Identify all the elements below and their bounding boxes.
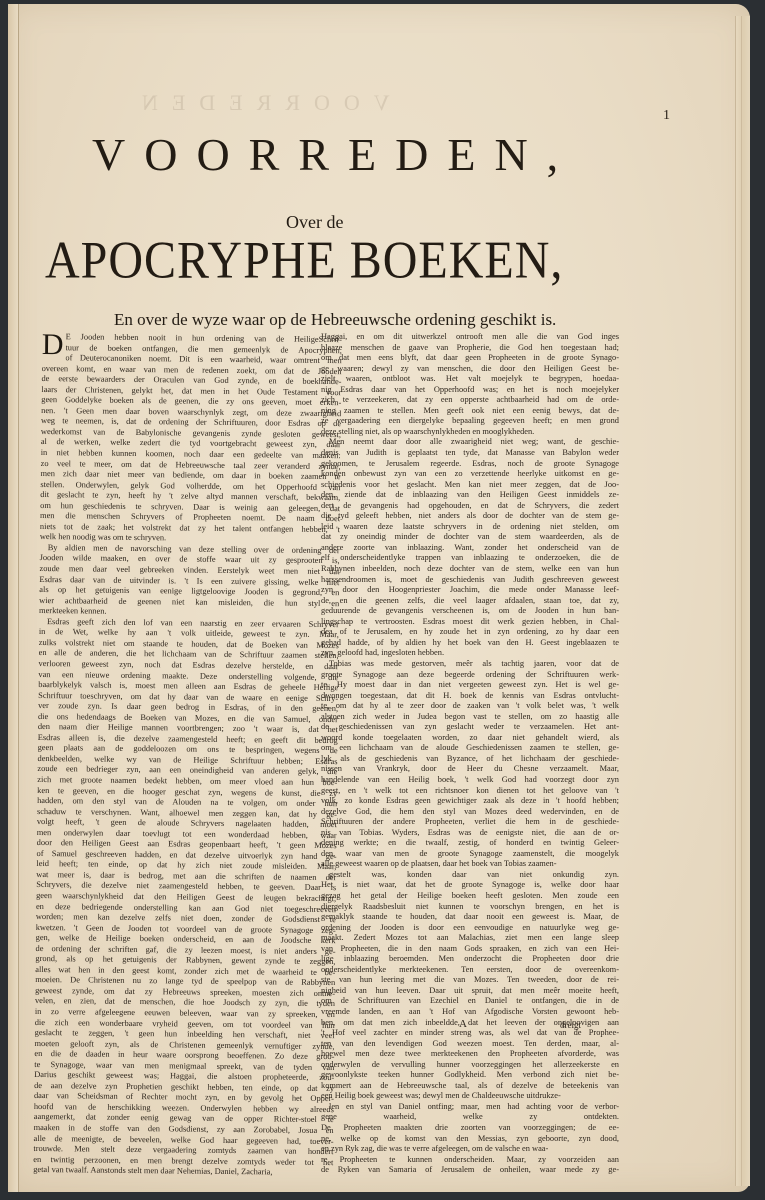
- text-line: nig Esdras daar van het Opperhoofd was; …: [321, 385, 619, 396]
- text-line: vreemde landen, en aan 't Hof van Afgodi…: [321, 1007, 619, 1018]
- page-edge: [735, 16, 750, 1186]
- text-line: Schriftuuren der andere Propheeten, verl…: [321, 817, 619, 828]
- text-line: alle geweest waaren op de plaatsen, daar…: [321, 859, 619, 870]
- text-line: gewoonlykste teeken hunner Godlykheid. M…: [321, 1070, 619, 1081]
- text-line: handelende van een Heilig boek, 't welk …: [321, 775, 619, 786]
- text-line: andere zoorte van inblaazing. Want, zond…: [321, 543, 619, 554]
- text-line: onderscheidentlyke merkteekenen. Ten eer…: [321, 965, 619, 976]
- right-text-column: Haggai, en om dit uitwerkzel ontrooft me…: [321, 332, 619, 1176]
- page-gutter: [8, 4, 19, 1192]
- text-line: Het is niet waar, dat het de groote Syna…: [321, 880, 619, 891]
- text-line: schiedenis voor het geslacht. Men kan ni…: [321, 480, 619, 491]
- text-line: gezag het getal der Heilige boeken heeft…: [321, 891, 619, 902]
- text-line: te, om dat hy al te zeer door de zaaken …: [321, 701, 619, 712]
- signature-mark: A: [459, 1018, 467, 1030]
- text-line: dwongen toegestaan, dat dit H. boek de k…: [321, 691, 619, 702]
- text-line: woord konde toegelaaten worden, zo daar …: [321, 733, 619, 744]
- text-line: te. Hy moest daar in dan niet vergeeten …: [321, 680, 619, 691]
- text-line: om de Schriftuuren van Ezechiel en Danie…: [321, 996, 619, 1007]
- text-line: lyk als de geschiedenis van Byzance, of …: [321, 754, 619, 765]
- text-line: ten van den levendigen God weezen moest.…: [321, 1039, 619, 1050]
- text-line: zyn, geloofd had, ingesloten hebben.: [321, 648, 619, 659]
- text-line: gestelt was, konden daar van niet onkund…: [321, 870, 619, 881]
- catchword: dreigt: [560, 1020, 581, 1030]
- text-line: ge waaren; dewyl zy van menschen, die do…: [321, 364, 619, 375]
- drop-cap: D: [42, 333, 64, 357]
- text-line: ning zaamen te stellen. Men geeft ook ni…: [321, 406, 619, 417]
- text-line: dening werkte; en die twaalf, zestig, of…: [321, 838, 619, 849]
- text-line: nigheid van hun leeven. Daar uit spruit,…: [321, 986, 619, 997]
- text-line: onderwylen de vervulling hunner voorzegg…: [321, 1060, 619, 1071]
- text-line: nissen van Vrankryk, door de Heer du Che…: [321, 764, 619, 775]
- text-line: dea of te Jerusalem, en hy zoude het in …: [321, 627, 619, 638]
- text-line: ze vergaadering een diergelyke bepaaling…: [321, 416, 619, 427]
- text-line: nis van Tobias. Wyders, Esdras was de ee…: [321, 828, 619, 839]
- text-line: gemaklyk staande te houden, dat daar noo…: [321, 912, 619, 923]
- text-line: lige inblaazing beroemden. Men onderzoch…: [321, 954, 619, 965]
- text-line: de geschiedenissen van zyn geslacht wede…: [321, 722, 619, 733]
- text-line: denis van Judith is geplaatst ten tyde, …: [321, 448, 619, 459]
- text-line: de Ryken van Samaria of Jerusalem de onh…: [321, 1165, 619, 1176]
- text-line: de, en die geenen zelfs, die veel laager…: [321, 596, 619, 607]
- text-line: kommert aan de Hebreeuwsche taal, als of…: [321, 1081, 619, 1092]
- text-line: elf onderscheidentlyke trappen van inbla…: [321, 553, 619, 564]
- subtitle: En over de wyze waar op de Hebreeuwsche …: [114, 310, 556, 330]
- title-subject: APOCRYPHE BOEKEN,: [45, 230, 563, 291]
- text-line: diergelyk Raadsbesluit niet kunnen te vo…: [321, 902, 619, 913]
- text-line: om dat men eens blyft, dat daar geen Pro…: [321, 353, 619, 364]
- text-line: De Propheeten maakten drie zoorten van v…: [321, 1123, 619, 1134]
- text-line: konden onbewust zyn van een zo verzetten…: [321, 469, 619, 480]
- text-line: en zyn Ryk zag, die was te verre afgelee…: [321, 1144, 619, 1155]
- text-line: geest, en 't welk tot een richtsnoer kon…: [321, 786, 619, 797]
- text-line: dezelve God, die hem den styl van Mozes …: [321, 807, 619, 818]
- text-line: groote Synagoge aan deze begeerde ordeni…: [321, 670, 619, 681]
- text-line: zyn door den Hoogenpriester Joachim, die…: [321, 585, 619, 596]
- text-line: harssendroomen is, moet de geschiedenis …: [321, 575, 619, 586]
- text-line: den, waar van men de groote Synagoge zaa…: [321, 849, 619, 860]
- text-line: blaaze menschen de gaave van Propherie, …: [321, 343, 619, 354]
- text-line: een Heilig boek geweest was; dewyl men d…: [321, 1091, 619, 1102]
- text-line: len en styl van Daniel ontfing; maar, me…: [321, 1102, 619, 1113]
- text-line: gekoomen, te Jerusalem regeerde. Esdras,…: [321, 459, 619, 470]
- text-line: alstoen zich weder in Judea begon vast t…: [321, 712, 619, 723]
- text-line: Tobias was mede gestorven, meêr als tach…: [321, 659, 619, 670]
- text-line: hoewel men deze twee merkteekenen den Pr…: [321, 1049, 619, 1060]
- text-line: die tyd geleeft hebben, niet anders als …: [321, 511, 619, 522]
- text-line: zich te verzeekeren, dat zy een opperste…: [321, 395, 619, 406]
- text-line: gene waarheid, welke zy ontdekten.: [321, 1112, 619, 1123]
- text-line: zielt waaren, ontbloot was. Het valt moe…: [321, 374, 619, 385]
- text-line: Men neemt daar door alle zwaarigheid nie…: [321, 437, 619, 448]
- text-line: maakt. Zedert Mozes tot aan Malachias, z…: [321, 933, 619, 944]
- text-line: dat zy oneindig minder de dochter van de…: [321, 532, 619, 543]
- text-line: leid waaren deze laatste schryvers in de…: [321, 522, 619, 533]
- left-text-column: D E Jooden hebben nooit in hun ordening …: [33, 332, 342, 1179]
- text-line: volk, zo konde Esdras geen gewichtiger z…: [321, 796, 619, 807]
- text-line: re Propheeten te kunnen onderscheiden. M…: [321, 1155, 619, 1166]
- text-line: geduurende de gevangenis verscheenen is,…: [321, 606, 619, 617]
- book-page: VOORREDEN 1 VOORREDEN, Over de APOCRYPHE…: [8, 4, 750, 1192]
- show-through-text: VOORREDEN: [128, 90, 390, 116]
- text-line: ordening der Jooden is door een eenvoudi…: [321, 923, 619, 934]
- text-line: lingschap te vertroosten. Esdras moest d…: [321, 617, 619, 628]
- page-number: 1: [663, 108, 670, 124]
- text-line: ne, welke op de komst van den Messias, z…: [321, 1134, 619, 1145]
- text-line: deze stelling niet, als op waarschynlykh…: [321, 427, 619, 438]
- text-line: Haggai, en om dit uitwerkzel ontrooft me…: [321, 332, 619, 343]
- text-line: Rabbynen inbeelden, noch deze dochter va…: [321, 564, 619, 575]
- text-line: om een lichchaam van de aloude Geschiede…: [321, 743, 619, 754]
- text-line: van Propheeten, die in den naam Gods spr…: [321, 944, 619, 955]
- text-line: ste van hun leering met die van Mozes. T…: [321, 975, 619, 986]
- text-line: dert de gevangenis had opgehouden, en da…: [321, 501, 619, 512]
- text-line: gehad hadde, of by aldien hy het boek va…: [321, 638, 619, 649]
- text-line: den, ziende dat de inblaazing van den He…: [321, 490, 619, 501]
- page-title: VOORREDEN,: [92, 128, 562, 181]
